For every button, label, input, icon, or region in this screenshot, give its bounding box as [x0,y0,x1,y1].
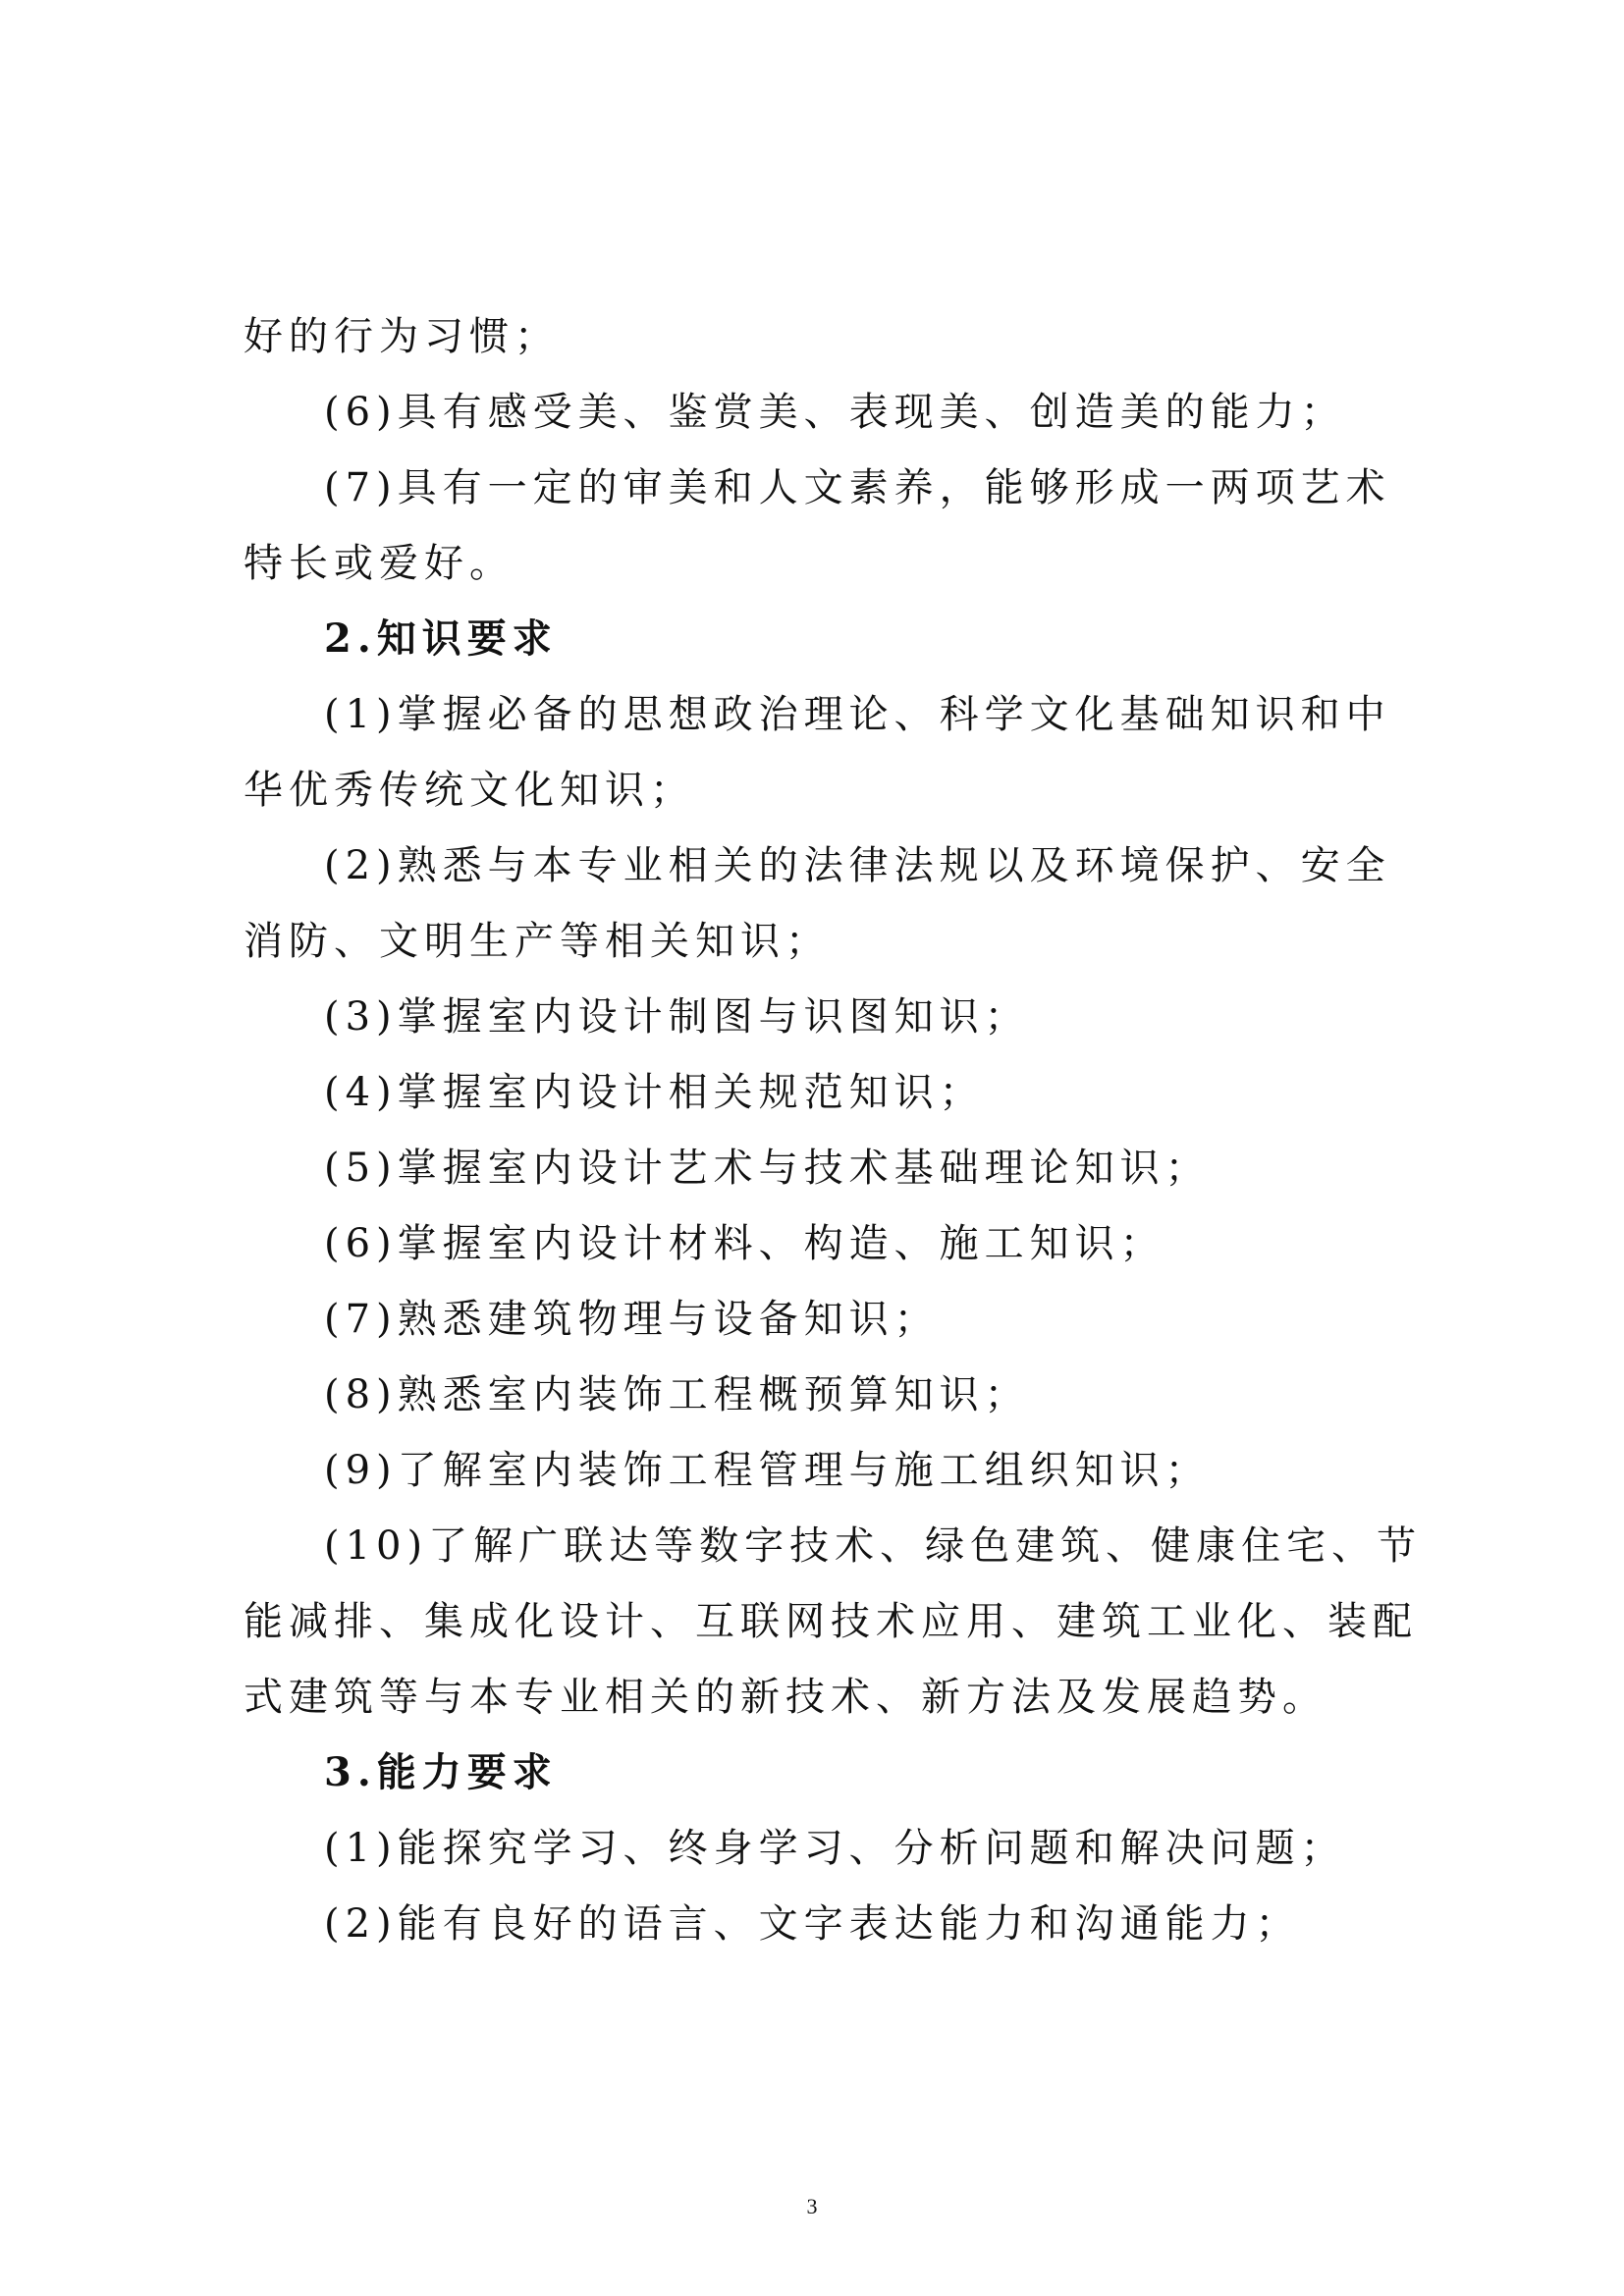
paragraph-line: 式建筑等与本专业相关的新技术、新方法及发展趋势。 [244,1673,1327,1722]
paragraph-line: 特长或爱好。 [244,539,514,588]
paragraph-line: 能减排、集成化设计、互联网技术应用、建筑工业化、装配 [244,1597,1418,1646]
list-item: (2)能有良好的语言、文字表达能力和沟通能力； [324,1899,1301,1949]
paragraph-line: 消防、文明生产等相关知识； [244,917,831,966]
list-item: (10)了解广联达等数字技术、绿色建筑、健康住宅、节 [324,1522,1422,1571]
list-item: (6)掌握室内设计材料、构造、施工知识； [324,1219,1165,1268]
list-item: (2)熟悉与本专业相关的法律法规以及环境保护、安全 [324,841,1391,890]
list-item: (7)熟悉建筑物理与设备知识； [324,1295,940,1344]
section-heading-knowledge: 2.知识要求 [324,614,558,664]
paragraph-line: 华优秀传统文化知识； [244,766,695,815]
list-item: (1)能探究学习、终身学习、分析问题和解决问题； [324,1824,1346,1873]
paragraph-line: 好的行为习惯； [244,312,560,361]
document-page: 好的行为习惯； (6)具有感受美、鉴赏美、表现美、创造美的能力； (7)具有一定… [0,0,1624,2296]
list-item: (8)熟悉室内装饰工程概预算知识； [324,1370,1030,1419]
list-item: (4)掌握室内设计相关规范知识； [324,1068,985,1117]
list-item: (6)具有感受美、鉴赏美、表现美、创造美的能力； [324,388,1346,437]
list-item: (3)掌握室内设计制图与识图知识； [324,992,1030,1041]
list-item: (9)了解室内装饰工程管理与施工组织知识； [324,1446,1211,1495]
list-item: (5)掌握室内设计艺术与技术基础理论知识； [324,1144,1211,1193]
list-item: (1)掌握必备的思想政治理论、科学文化基础知识和中 [324,690,1391,739]
list-item: (7)具有一定的审美和人文素养，能够形成一两项艺术 [324,463,1391,512]
page-number: 3 [0,2194,1624,2219]
section-heading-ability: 3.能力要求 [324,1748,558,1797]
